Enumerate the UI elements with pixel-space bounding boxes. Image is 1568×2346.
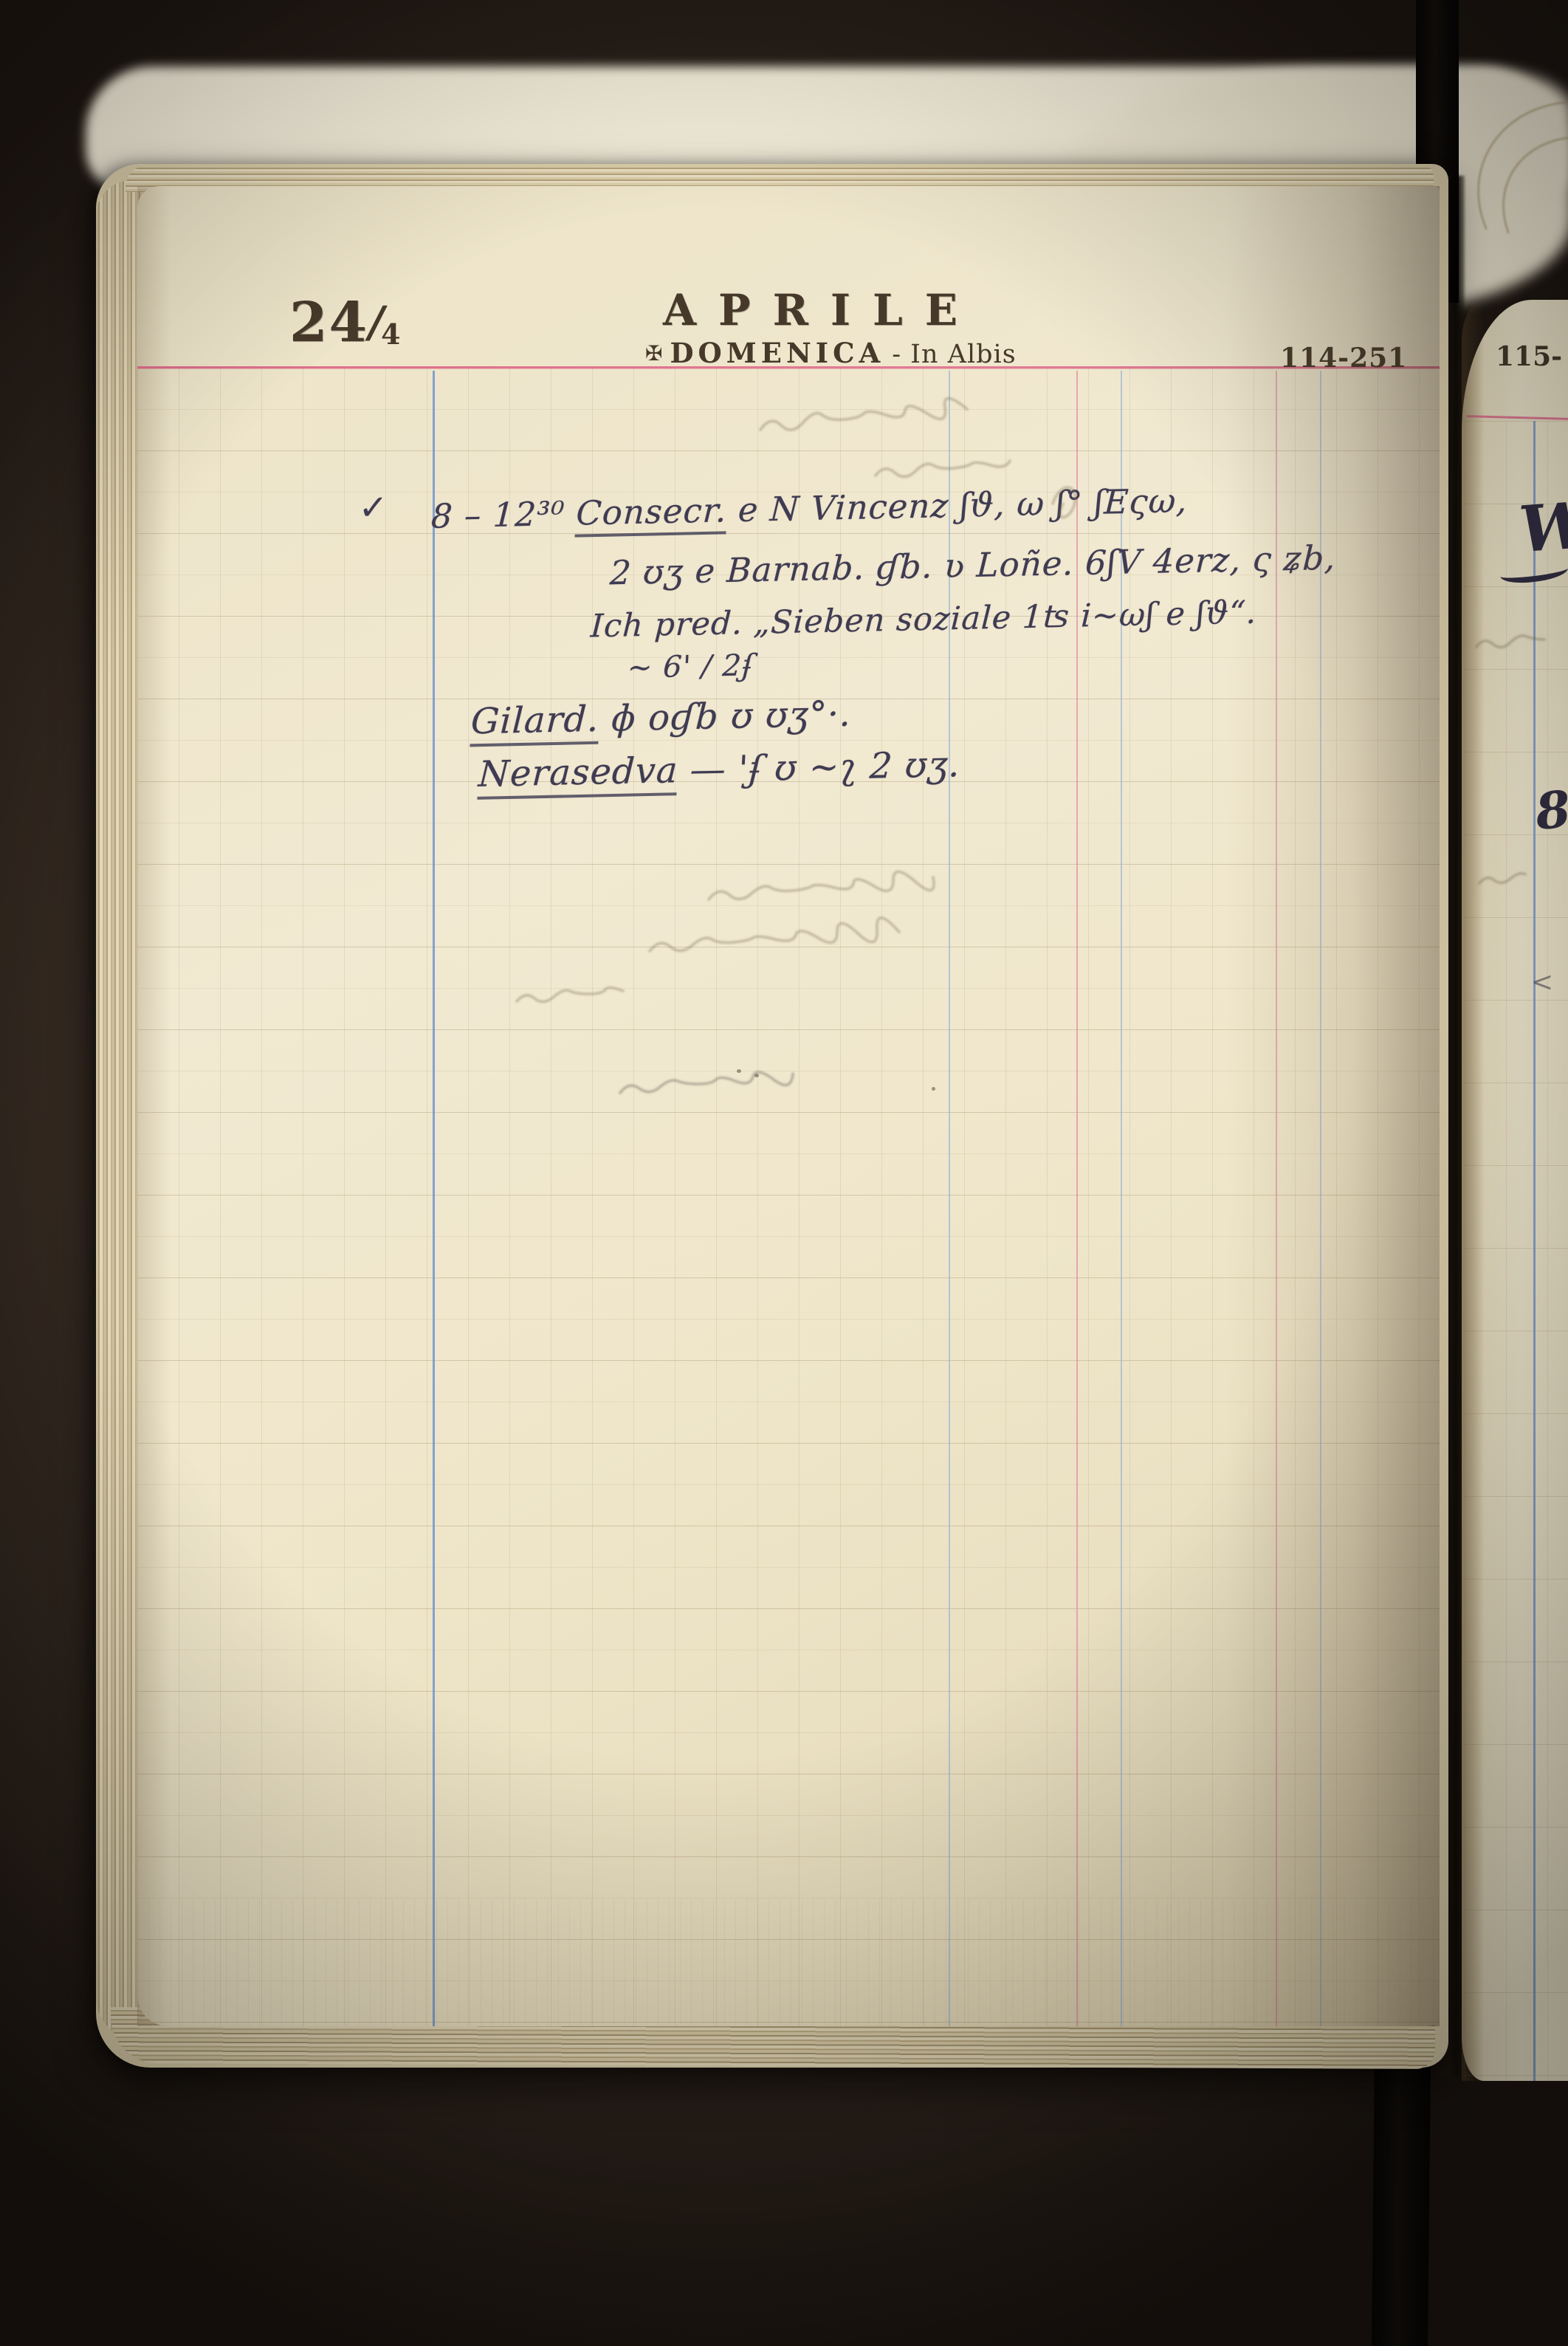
page-fold-crease: [1462, 300, 1484, 2081]
gutter-shadow: [1225, 186, 1440, 2026]
pencil-dot: [754, 1074, 759, 1077]
diary-left-page: 24/4 APRILE ✠DOMENICA- In Albis 114-251 …: [137, 186, 1440, 2026]
diary-right-page: 115- W 8 <: [1462, 300, 1568, 2081]
diary-photo-scene: 24/4 APRILE ✠DOMENICA- In Albis 114-251 …: [0, 0, 1568, 2346]
page-stack-left-edge: [96, 180, 140, 2041]
book-strap-bottom: [1372, 2057, 1431, 2346]
pencil-dot: [932, 1087, 935, 1091]
pencil-dot: [737, 1069, 741, 1073]
